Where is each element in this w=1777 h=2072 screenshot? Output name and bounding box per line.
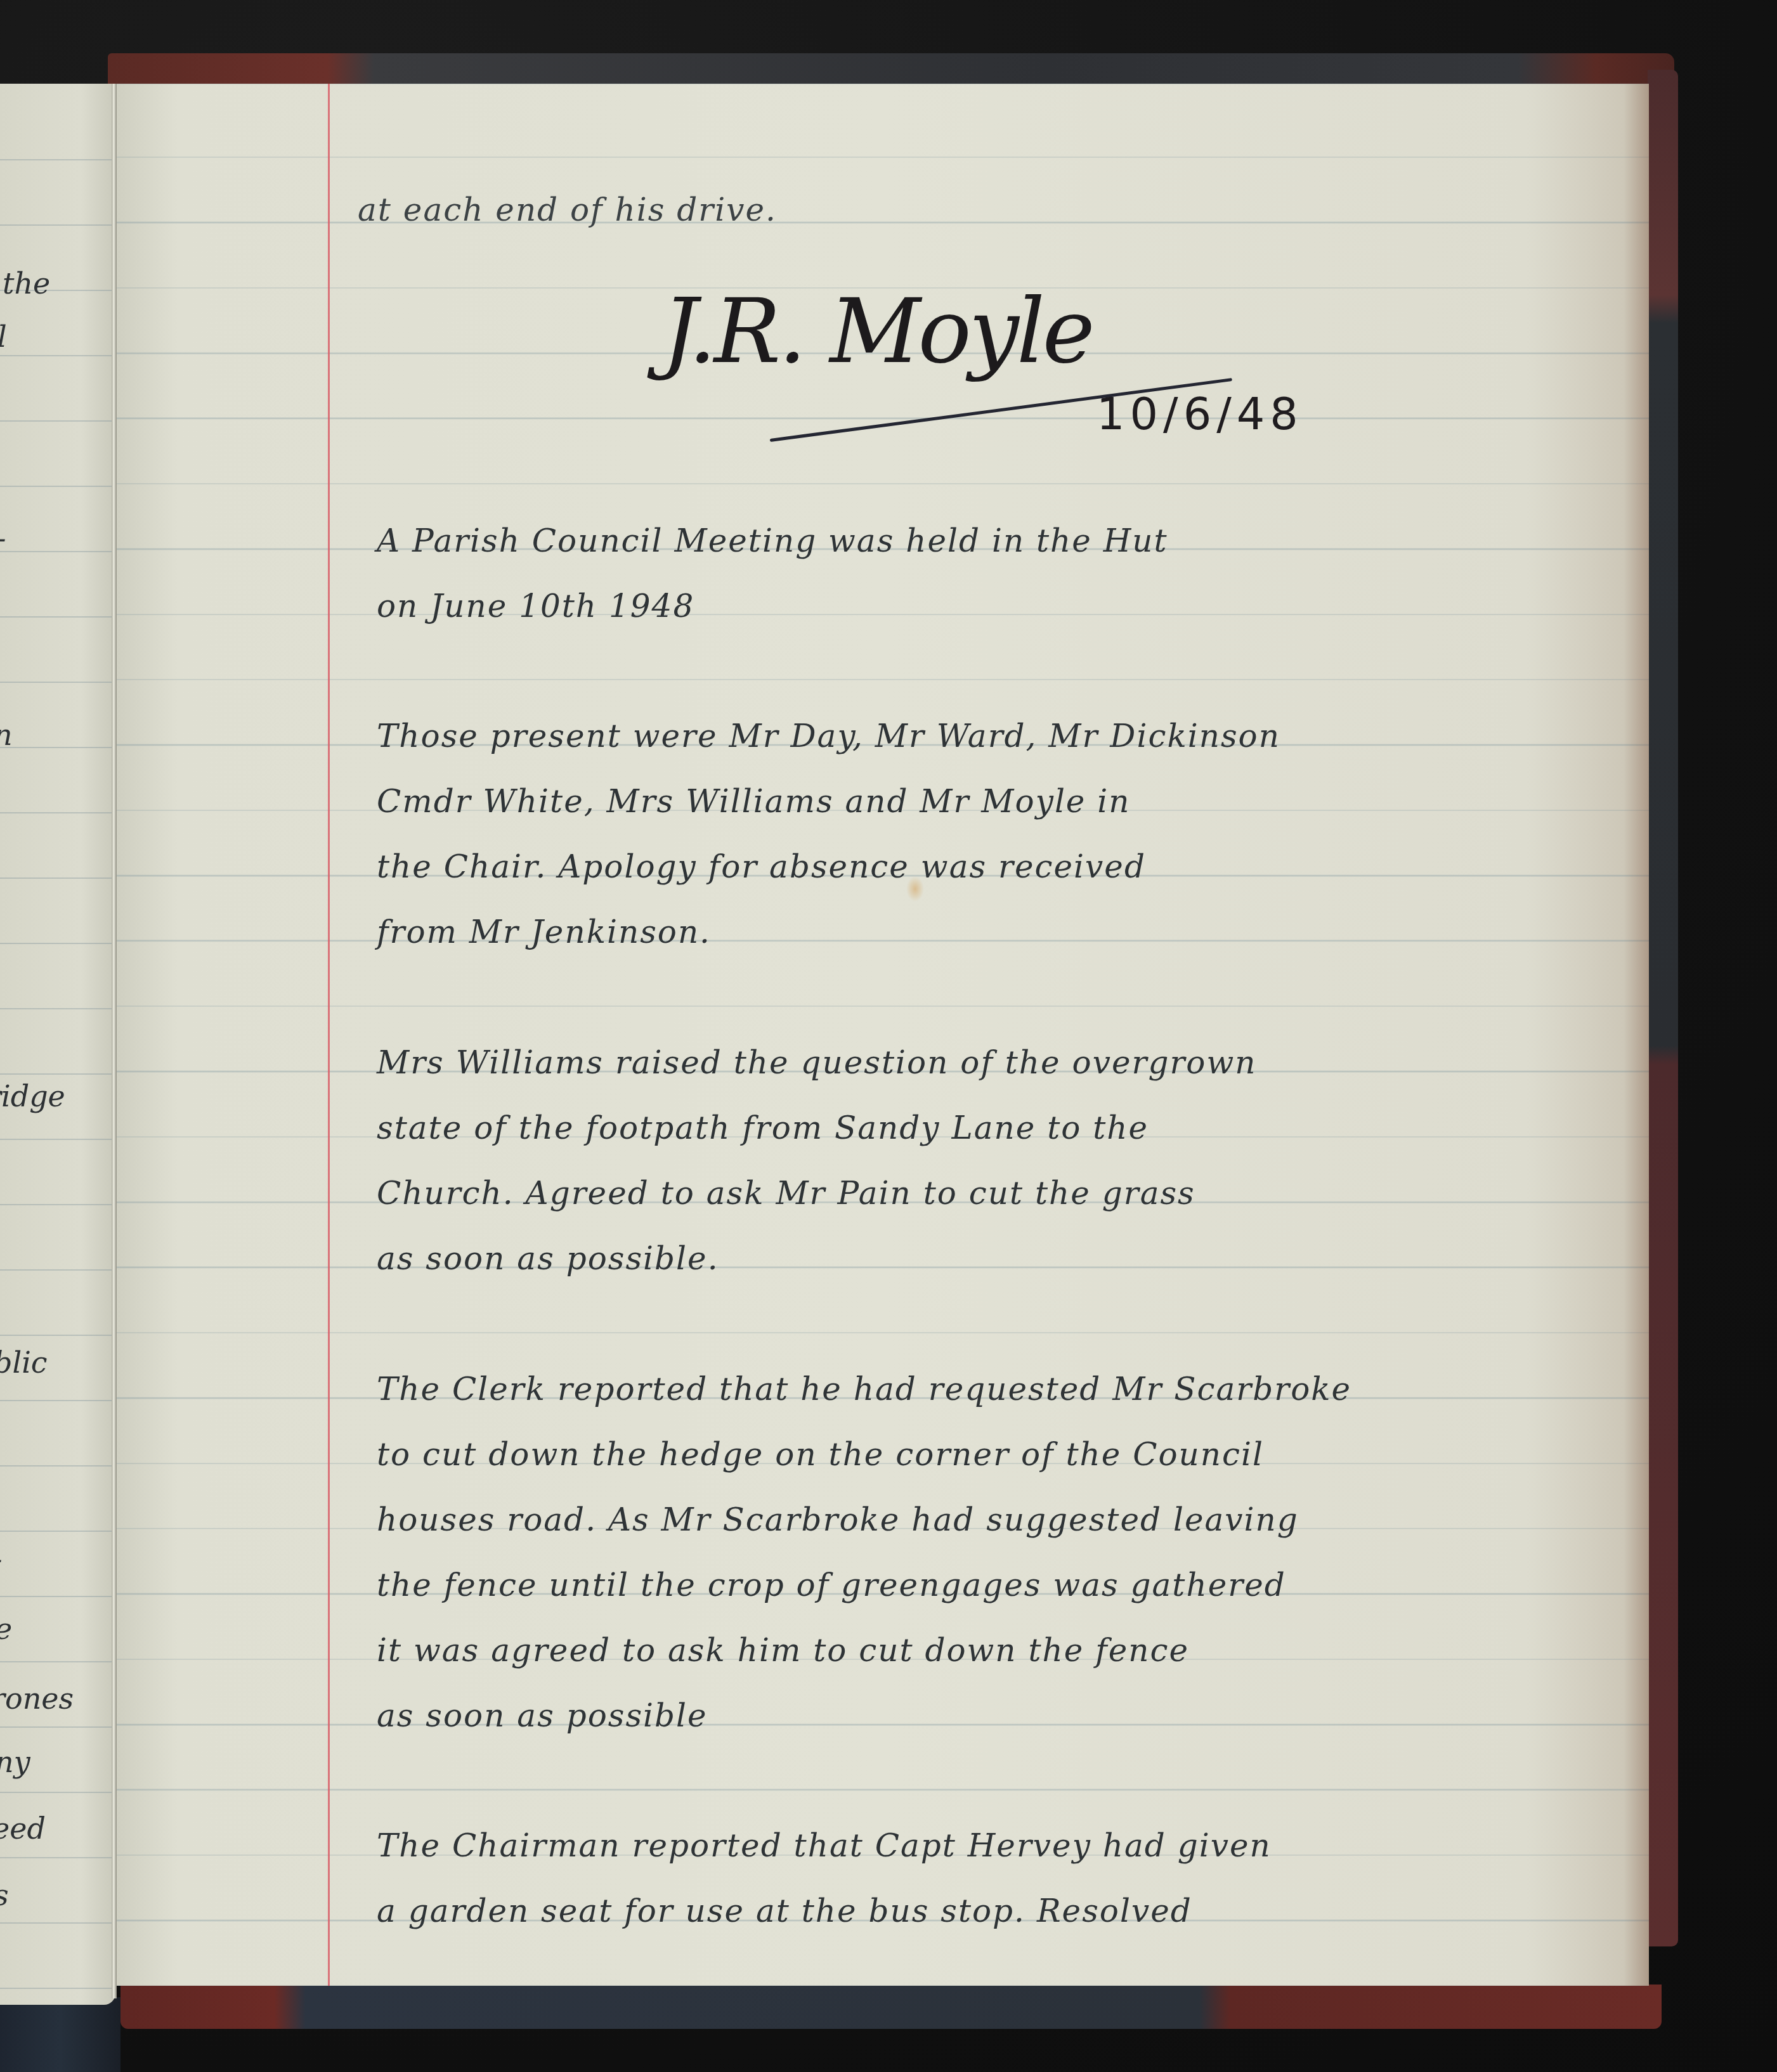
minutes-line: Church. Agreed to ask Mr Pain to cut the… (377, 1175, 1649, 1212)
signature-date: 10/6/48 (1097, 388, 1303, 440)
minutes-line: it was agreed to ask him to cut down the… (377, 1632, 1649, 1669)
left-page-fragment: rones (0, 1681, 74, 1716)
book-cover-bottom-edge (120, 1985, 1662, 2029)
left-page-fragment: eed (0, 1811, 46, 1846)
minutes-line: from Mr Jenkinson. (377, 914, 1649, 950)
minutes-line: on June 10th 1948 (377, 588, 1649, 625)
minutes-line: houses road. As Mr Scarbroke had suggest… (377, 1501, 1649, 1538)
book-cover-right-edge (1648, 70, 1678, 1946)
minutes-line: The Chairman reported that Capt Hervey h… (377, 1827, 1649, 1864)
ruled-lines (0, 84, 115, 2005)
minutes-line: A Parish Council Meeting was held in the… (377, 522, 1649, 559)
left-page-fragment: the (3, 266, 50, 301)
left-page-fragment: e (0, 1612, 12, 1646)
minutes-line: as soon as possible (377, 1697, 1649, 1734)
minutes-line: the Chair. Apology for absence was recei… (377, 848, 1649, 885)
minutes-line: the fence until the crop of greengages w… (377, 1567, 1649, 1603)
minutes-line: Cmdr White, Mrs Williams and Mr Moyle in (377, 783, 1649, 820)
minutes-line: as soon as possible. (377, 1240, 1649, 1277)
left-page-fragment: l (0, 320, 7, 354)
signature: J.R. Moyle (662, 280, 1093, 384)
page-gutter (112, 84, 117, 1998)
book-cover-left-corner (0, 1997, 120, 2072)
left-page-fragment: ny (0, 1745, 30, 1779)
red-margin-line (328, 84, 330, 1986)
minutes-line: Those present were Mr Day, Mr Ward, Mr D… (377, 718, 1649, 754)
left-page-fragment: - (0, 521, 6, 555)
minutes-line: The Clerk reported that he had requested… (377, 1371, 1649, 1408)
left-page-fragment: - (0, 1542, 3, 1576)
minutes-line: to cut down the hedge on the corner of t… (377, 1436, 1649, 1473)
continuation-line: at each end of his drive. (358, 191, 1649, 228)
left-page-fragment: ridge (0, 1079, 65, 1113)
left-page-fragment: n (0, 718, 13, 752)
right-page: at each end of his drive. J.R. Moyle 10/… (117, 84, 1649, 1986)
minutes-line: Mrs Williams raised the question of the … (377, 1044, 1649, 1081)
left-page-fragment: s (0, 1878, 9, 1912)
minutes-line: state of the footpath from Sandy Lane to… (377, 1110, 1649, 1146)
minutes-line: a garden seat for use at the bus stop. R… (377, 1893, 1649, 1929)
left-page: the l - n ridge blic - e rones ny eed s (0, 84, 115, 2005)
left-page-fragment: blic (0, 1345, 48, 1380)
